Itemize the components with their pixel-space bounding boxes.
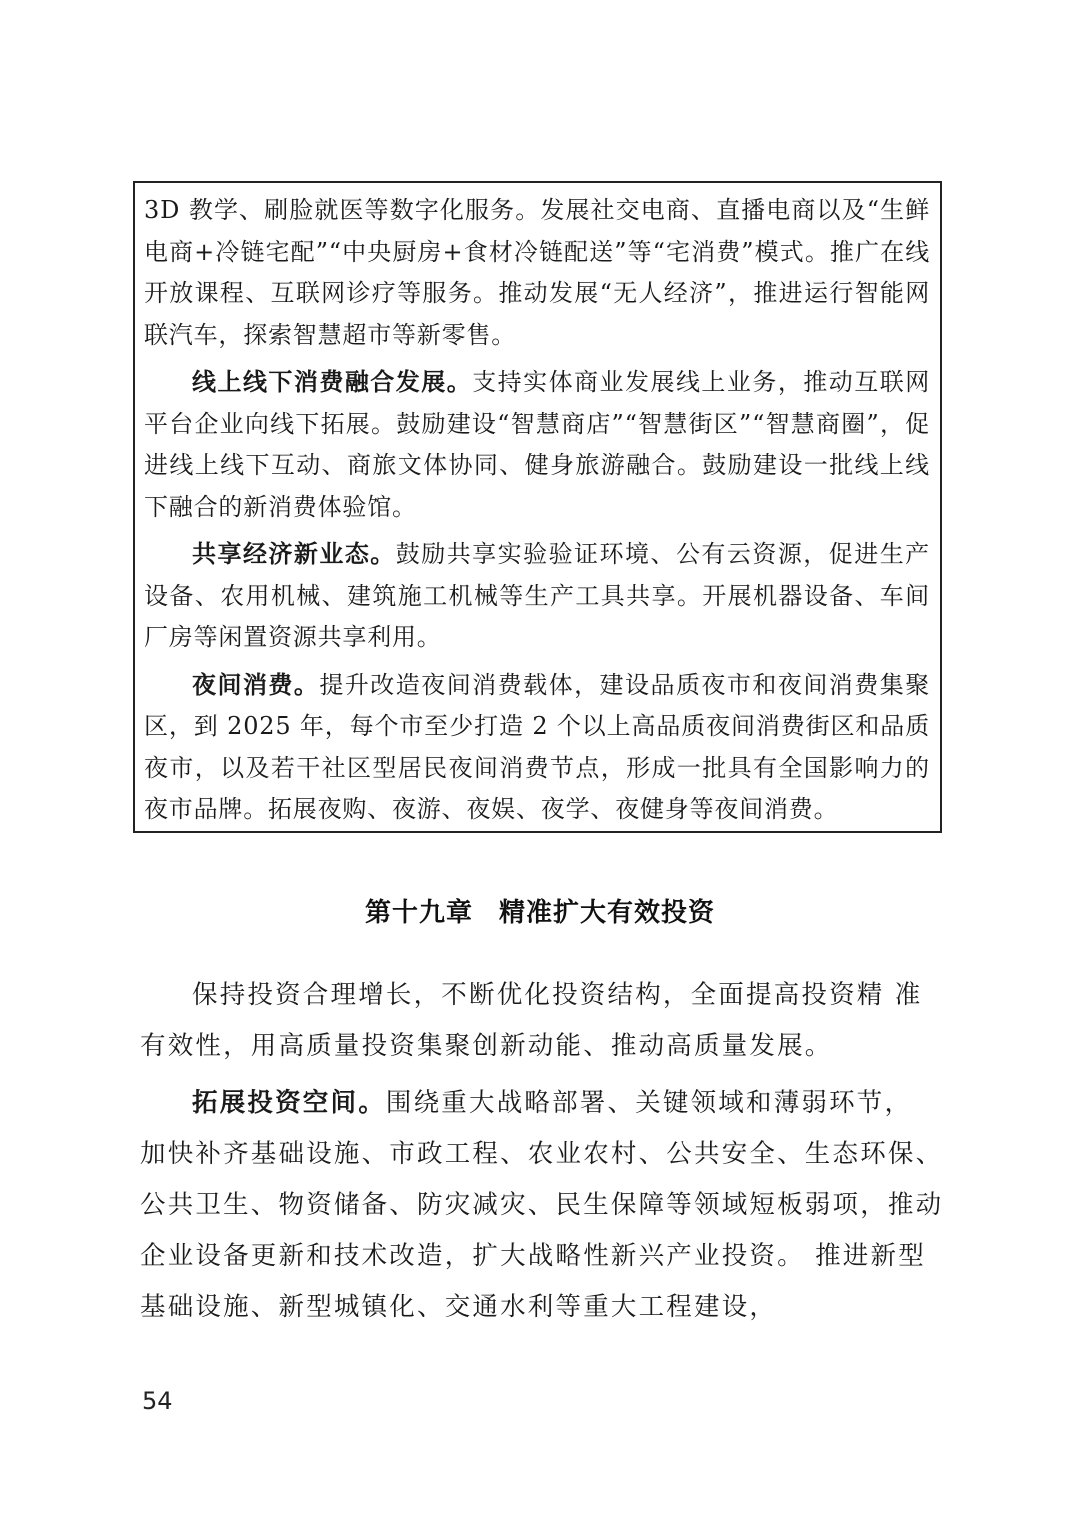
boxed-section: 3D 教学、刷脸就医等数字化服务。发展社交电商、直播电商以及“生鲜电商+冷链宅配…	[133, 181, 942, 833]
chapter-heading: 第十九章精准扩大有效投资	[0, 892, 1080, 929]
paragraph-text: 保持投资合理增长，不断优化投资结构，全面提高投资精 准有效性，用高质量投资集聚创…	[140, 980, 923, 1061]
paragraph-lead: 夜间消费。	[192, 670, 319, 699]
box-paragraph-digital-services: 3D 教学、刷脸就医等数字化服务。发展社交电商、直播电商以及“生鲜电商+冷链宅配…	[144, 189, 930, 356]
paragraph-lead: 共享经济新业态。	[192, 539, 396, 568]
chapter-body: 保持投资合理增长，不断优化投资结构，全面提高投资精 准有效性，用高质量投资集聚创…	[140, 970, 950, 1333]
paragraph-lead: 拓展投资空间。	[192, 1088, 386, 1118]
body-paragraph-intro: 保持投资合理增长，不断优化投资结构，全面提高投资精 准有效性，用高质量投资集聚创…	[140, 970, 950, 1072]
paragraph-lead: 线上线下消费融合发展。	[192, 367, 472, 396]
chapter-title: 精准扩大有效投资	[499, 898, 715, 928]
page-number: 54	[142, 1387, 173, 1415]
box-paragraph-night-consumption: 夜间消费。提升改造夜间消费载体，建设品质夜市和夜间消费集聚区，到 2025 年，…	[144, 664, 930, 831]
box-paragraph-sharing-economy: 共享经济新业态。鼓励共享实验验证环境、公有云资源，促进生产设备、农用机械、建筑施…	[144, 533, 930, 659]
box-paragraph-online-offline: 线上线下消费融合发展。支持实体商业发展线上业务，推动互联网平台企业向线下拓展。鼓…	[144, 361, 930, 528]
chapter-number: 第十九章	[365, 898, 473, 928]
body-paragraph-investment-space: 拓展投资空间。围绕重大战略部署、关键领域和薄弱环节， 加快补齐基础设施、市政工程…	[140, 1078, 950, 1333]
paragraph-text: 围绕重大战略部署、关键领域和薄弱环节， 加快补齐基础设施、市政工程、农业农村、公…	[140, 1088, 943, 1322]
paragraph-text: 3D 教学、刷脸就医等数字化服务。发展社交电商、直播电商以及“生鲜电商+冷链宅配…	[144, 196, 930, 349]
